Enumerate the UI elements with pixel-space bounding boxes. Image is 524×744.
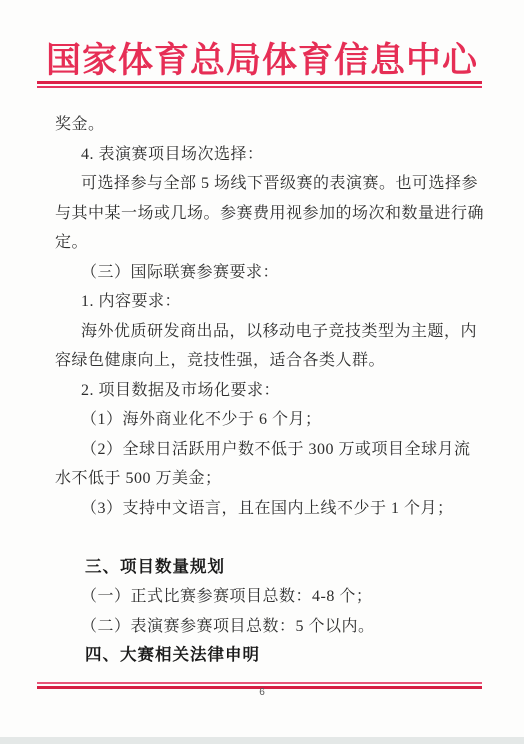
text-line: 奖金。 (55, 110, 475, 140)
text-line: （一）正式比赛参赛项目总数：4-8 个； (55, 582, 475, 612)
letterhead-divider (37, 81, 482, 88)
section-heading: 四、大赛相关法律申明 (55, 641, 475, 671)
text-line: （二）表演赛参赛项目总数：5 个以内。 (55, 612, 475, 642)
text-line: 水不低于 500 万美金； (55, 464, 475, 494)
letterhead-title: 国家体育总局体育信息中心 (0, 33, 524, 83)
text-line: （3）支持中文语言，且在国内上线不少于 1 个月； (55, 494, 475, 524)
text-line: （2）全球日活跃用户数不低于 300 万或项目全球月流 (55, 435, 475, 465)
text-line: 海外优质研发商出品，以移动电子竞技类型为主题，内 (55, 317, 475, 347)
text-line: 4. 表演赛项目场次选择： (55, 140, 475, 170)
document-body: 奖金。4. 表演赛项目场次选择：可选择参与全部 5 场线下晋级赛的表演赛。也可选… (55, 110, 475, 671)
text-line: （三）国际联赛参赛要求： (55, 258, 475, 288)
document-page: 国家体育总局体育信息中心 奖金。4. 表演赛项目场次选择：可选择参与全部 5 场… (0, 0, 524, 744)
text-line: 容绿色健康向上，竞技性强，适合各类人群。 (55, 346, 475, 376)
page-number: 6 (0, 687, 524, 698)
text-line: 与其中某一场或几场。参赛费用视参加的场次和数量进行确 (55, 199, 475, 229)
text-line: 2. 项目数据及市场化要求： (55, 376, 475, 406)
text-line: 可选择参与全部 5 场线下晋级赛的表演赛。也可选择参 (55, 169, 475, 199)
scan-edge (0, 737, 524, 744)
divider-line-bottom (37, 86, 482, 88)
text-line: 定。 (55, 228, 475, 258)
text-line (55, 523, 475, 553)
section-heading: 三、项目数量规划 (55, 553, 475, 583)
text-line: （1）海外商业化不少于 6 个月； (55, 405, 475, 435)
text-line: 1. 内容要求： (55, 287, 475, 317)
